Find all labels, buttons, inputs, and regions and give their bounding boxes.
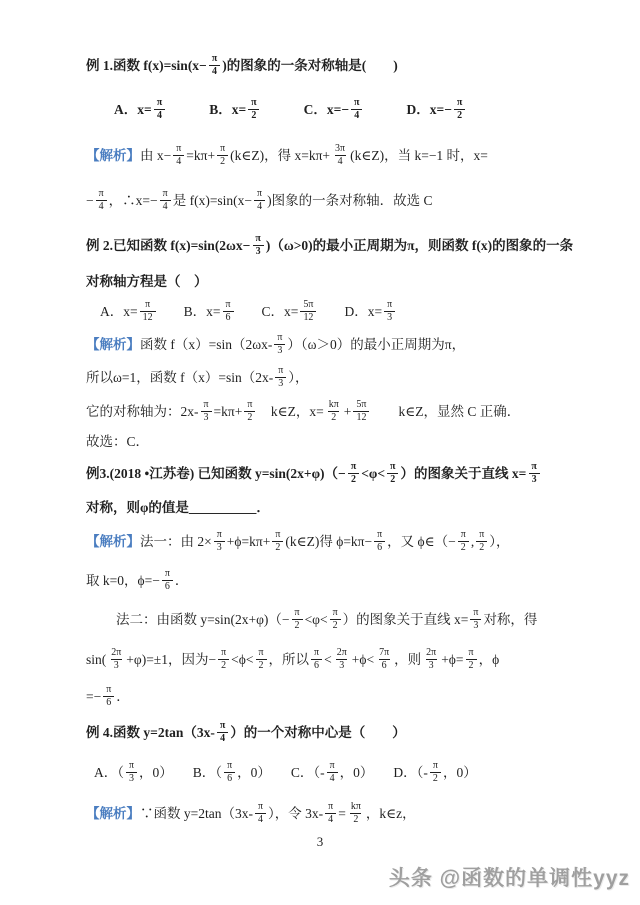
analysis-label: 【解析】 bbox=[86, 534, 140, 549]
option-a: A．x=π4 bbox=[114, 86, 167, 134]
problem3-analysis-method2-line2: sin(2π3+φ)=±1，因为−π2<ϕ<π2，所以π6<2π3+ϕ<7π6，… bbox=[86, 640, 620, 680]
option-a: A．x=π12 bbox=[100, 296, 158, 328]
problem3-title-line1: 例3.(2018 •江苏卷) 已知函数 y=sin(2x+φ)（−π2<φ<π2… bbox=[86, 454, 620, 494]
problem2-analysis-line2: 所以ω=1，函数 f（x）=sin（2x-π3）， bbox=[86, 362, 620, 394]
option-d: D．x=π3 bbox=[344, 296, 397, 328]
problem3-analysis-method2-line1: 法二：由函数 y=sin(2x+φ)（−π2<φ<π2）的图象关于直线 x=π3… bbox=[86, 600, 620, 640]
problem2-title-line2: 对称轴方程是（ ） bbox=[86, 268, 620, 296]
problem1-options: A．x=π4 B．x=π2 C．x=−π4 D．x=−π2 bbox=[86, 86, 620, 134]
page-number: 3 bbox=[0, 834, 640, 850]
problem3-analysis-method1-line1: 【解析】法一：由 2×π3+ϕ=kπ+π2(k∈Z)得 ϕ=kπ−π6，又 ϕ∈… bbox=[86, 522, 620, 562]
problem1-analysis-line1: 【解析】由 x−π4=kπ+π2(k∈Z)，得 x=kπ+3π4(k∈Z)，当 … bbox=[86, 134, 620, 178]
analysis-text: ∵函数 y=2tan（3x-π4），令 3x-π4=kπ2，k∈z， bbox=[140, 806, 416, 821]
analysis-label: 【解析】 bbox=[86, 806, 140, 821]
problem1-analysis-line2: −π4，∴x=−π4是 f(x)=sin(x−π4)图象的一条对称轴．故选 C bbox=[86, 178, 620, 224]
problem2-analysis-line1: 【解析】函数 f（x）=sin（2ωx-π3）（ω＞0）的最小正周期为π， bbox=[86, 328, 620, 362]
problem2-analysis-line3: 它的对称轴为：2x-π3=kπ+π2 k∈Z，x=kπ2+5π12 k∈Z，显然… bbox=[86, 394, 620, 430]
option-a: A．（π3，0） bbox=[94, 752, 173, 794]
problem4-title: 例 4.函数 y=2tan（3x-π4）的一个对称中心是（ ） bbox=[86, 714, 620, 752]
option-c: C．x=5π12 bbox=[262, 296, 319, 328]
problem4-options: A．（π3，0） B．（π6，0） C．（-π4，0） D．（-π2，0） bbox=[86, 752, 620, 794]
problem2-analysis-line4: 故选：C． bbox=[86, 430, 620, 454]
problem3-title-line2: 对称，则φ的值是__________． bbox=[86, 494, 620, 522]
problem3-analysis-method2-line3: =−π6． bbox=[86, 680, 620, 714]
document-page: 例 1.函数 f(x)=sin(x−π4)的图象的一条对称轴是( ) A．x=π… bbox=[0, 0, 640, 905]
option-b: B．x=π6 bbox=[184, 296, 236, 328]
analysis-text: 函数 f（x）=sin（2ωx-π3）（ω＞0）的最小正周期为π， bbox=[140, 337, 465, 352]
option-b: B．（π6，0） bbox=[193, 752, 271, 794]
problem2-options: A．x=π12 B．x=π6 C．x=5π12 D．x=π3 bbox=[86, 296, 620, 328]
option-d: D．x=−π2 bbox=[407, 86, 468, 134]
analysis-label: 【解析】 bbox=[86, 337, 140, 352]
problem1-title: 例 1.函数 f(x)=sin(x−π4)的图象的一条对称轴是( ) bbox=[86, 46, 620, 86]
analysis-text: 法一：由 2×π3+ϕ=kπ+π2(k∈Z)得 ϕ=kπ−π6，又 ϕ∈（−π2… bbox=[140, 534, 509, 549]
watermark: 头条 @函数的单调性yyz bbox=[389, 862, 630, 892]
option-d: D．（-π2，0） bbox=[393, 752, 476, 794]
analysis-text: 由 x−π4=kπ+π2(k∈Z)，得 x=kπ+3π4(k∈Z)，当 k=−1… bbox=[140, 148, 488, 163]
option-b: B．x=π2 bbox=[209, 86, 261, 134]
problem3-analysis-method1-line2: 取 k=0，ϕ=−π6． bbox=[86, 562, 620, 600]
analysis-label: 【解析】 bbox=[86, 148, 140, 163]
option-c: C．x=−π4 bbox=[304, 86, 365, 134]
option-c: C．（-π4，0） bbox=[291, 752, 374, 794]
page-content: 例 1.函数 f(x)=sin(x−π4)的图象的一条对称轴是( ) A．x=π… bbox=[86, 46, 620, 834]
problem2-title-line1: 例 2.已知函数 f(x)=sin(2ωx−π3)（ω>0)的最小正周期为π，则… bbox=[86, 224, 620, 268]
problem4-analysis-line1: 【解析】∵函数 y=2tan（3x-π4），令 3x-π4=kπ2，k∈z， bbox=[86, 794, 620, 834]
